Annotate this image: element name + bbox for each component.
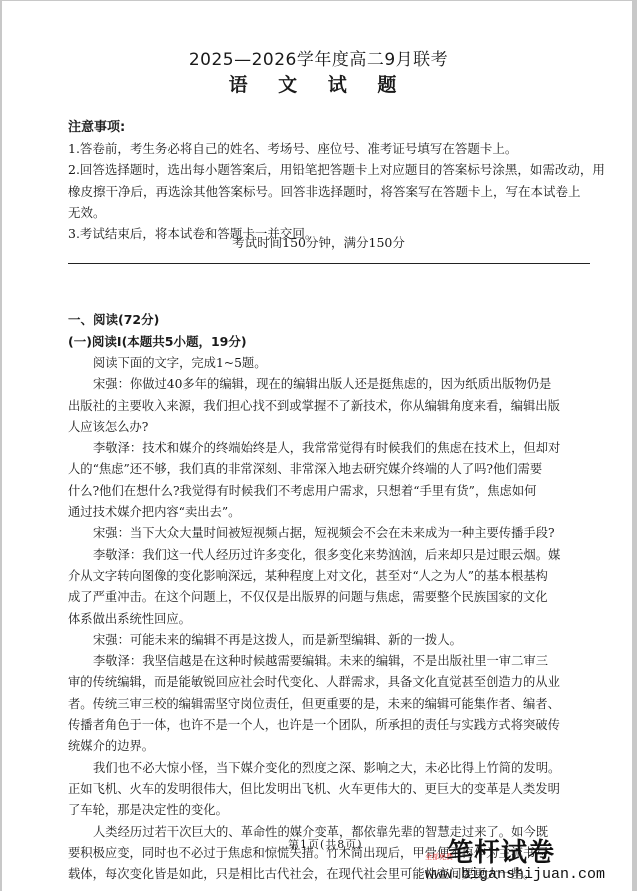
passage-line: 人的“焦虑”还不够，我们真的非常深刻、非常深入地去研究媒介终端的人了吗?他们需要: [68, 459, 620, 480]
subsection-heading: (一)阅读Ⅰ(本题共5小题，19分): [68, 331, 620, 353]
section-heading: 一、阅读(72分): [68, 309, 620, 331]
passage-line: 李敬泽：我坚信越是在这种时候越需要编辑。未来的编辑，不是出版社里一审二审三: [68, 651, 620, 672]
passage-line: 审的传统编辑，而是能敏锐回应社会时代变化、人群需求，具备文化直觉甚至创造力的从业: [68, 672, 620, 693]
passage-line: 我们也不必大惊小怪，当下媒介变化的烈度之深、影响之大，未必比得上竹简的发明。: [68, 758, 620, 779]
instruction: 阅读下面的文字，完成1~5题。: [68, 353, 620, 374]
passage-line: 什么?他们在想什么?我觉得有时候我们不考虑用户需求，只想着“手里有货”，焦虑如何: [68, 481, 620, 502]
passage-line: 李敬泽：我们这一代人经历过许多变化，很多变化来势汹汹，后来却只是过眼云烟。媒: [68, 545, 620, 566]
passage-line: 通过技术媒介把内容“卖出去”。: [68, 502, 620, 523]
passage-line: 宋强：你做过40多年的编辑，现在的编辑出版人还是挺焦虑的，因为纸质出版物仍是: [68, 374, 620, 395]
passage-line: 介从文字转向图像的变化影响深远，某种程度上对文化，甚至对“人之为人”的基本根基构: [68, 566, 620, 587]
page-indicator: 第1页(共8页): [288, 836, 363, 852]
passage-line: 统媒介的边界。: [68, 736, 620, 757]
exam-info: 考试时间150分钟，满分150分: [0, 233, 637, 251]
passage-line: 者。传统三审三校的编辑需坚守岗位责任，但更重要的是，未来的编辑可能集作者、编者、: [68, 694, 620, 715]
passage-line: 宋强：当下大众大量时间被短视频占据，短视频会不会在未来成为一种主要传播手段?: [68, 523, 620, 544]
note-line: 2.回答选择题时，选出每小题答案后，用铅笔把答题卡上对应题目的答案标号涂黑，如需…: [68, 159, 628, 180]
passage-line: 出版社的主要收入来源，我们担心找不到或掌握不了新技术，你从编辑角度来看，编辑出版: [68, 396, 620, 417]
note-line: 橡皮擦干净后，再选涂其他答案标号。回答非选择题时，将答案写在答题卡上，写在本试卷…: [68, 181, 628, 202]
watermark-brand: 笔杆试卷: [447, 832, 555, 869]
exam-notes: 注意事项: 1.答卷前，考生务必将自己的姓名、考场号、座位号、准考证号填写在答题…: [68, 116, 628, 244]
passage: 宋强：你做过40多年的编辑，现在的编辑出版人还是挺焦虑的，因为纸质出版物仍是出版…: [68, 374, 620, 885]
reading-section: 一、阅读(72分) (一)阅读Ⅰ(本题共5小题，19分) 阅读下面的文字，完成1…: [68, 309, 620, 885]
passage-line: 体系做出系统性回应。: [68, 609, 620, 630]
exam-title: 2025—2026学年度高二9月联考: [0, 45, 637, 70]
subject-title: 语 文 试 题: [0, 70, 637, 97]
passage-line: 人应该怎么办?: [68, 417, 620, 438]
divider: [68, 263, 590, 264]
passage-line: 宋强：可能未来的编辑不再是这拨人，而是新型编辑、新的一拨人。: [68, 630, 620, 651]
passage-line: 成了严重冲击。在这个问题上，不仅仅是出版界的问题与焦虑，需要整个民族国家的文化: [68, 587, 620, 608]
watermark-url: www.biganshijuan.com: [425, 866, 605, 883]
passage-line: 传播者角色于一体，也许不是一个人，也许是一个团队，所承担的责任与实践方式将突破传: [68, 715, 620, 736]
note-line: 1.答卷前，考生务必将自己的姓名、考场号、座位号、准考证号填写在答题卡上。: [68, 138, 628, 159]
passage-line: 了车轮，那是决定性的变化。: [68, 800, 620, 821]
passage-line: 李敬泽：技术和媒介的终端始终是人，我常常觉得有时候我们的焦虑在技术上，但却对: [68, 438, 620, 459]
passage-line: 正如飞机、火车的发明很伟大，但比发明出飞机、火车更伟大的、更巨大的变革是人类发明: [68, 779, 620, 800]
note-line: 无效。: [68, 202, 628, 223]
notes-heading: 注意事项:: [68, 116, 628, 138]
